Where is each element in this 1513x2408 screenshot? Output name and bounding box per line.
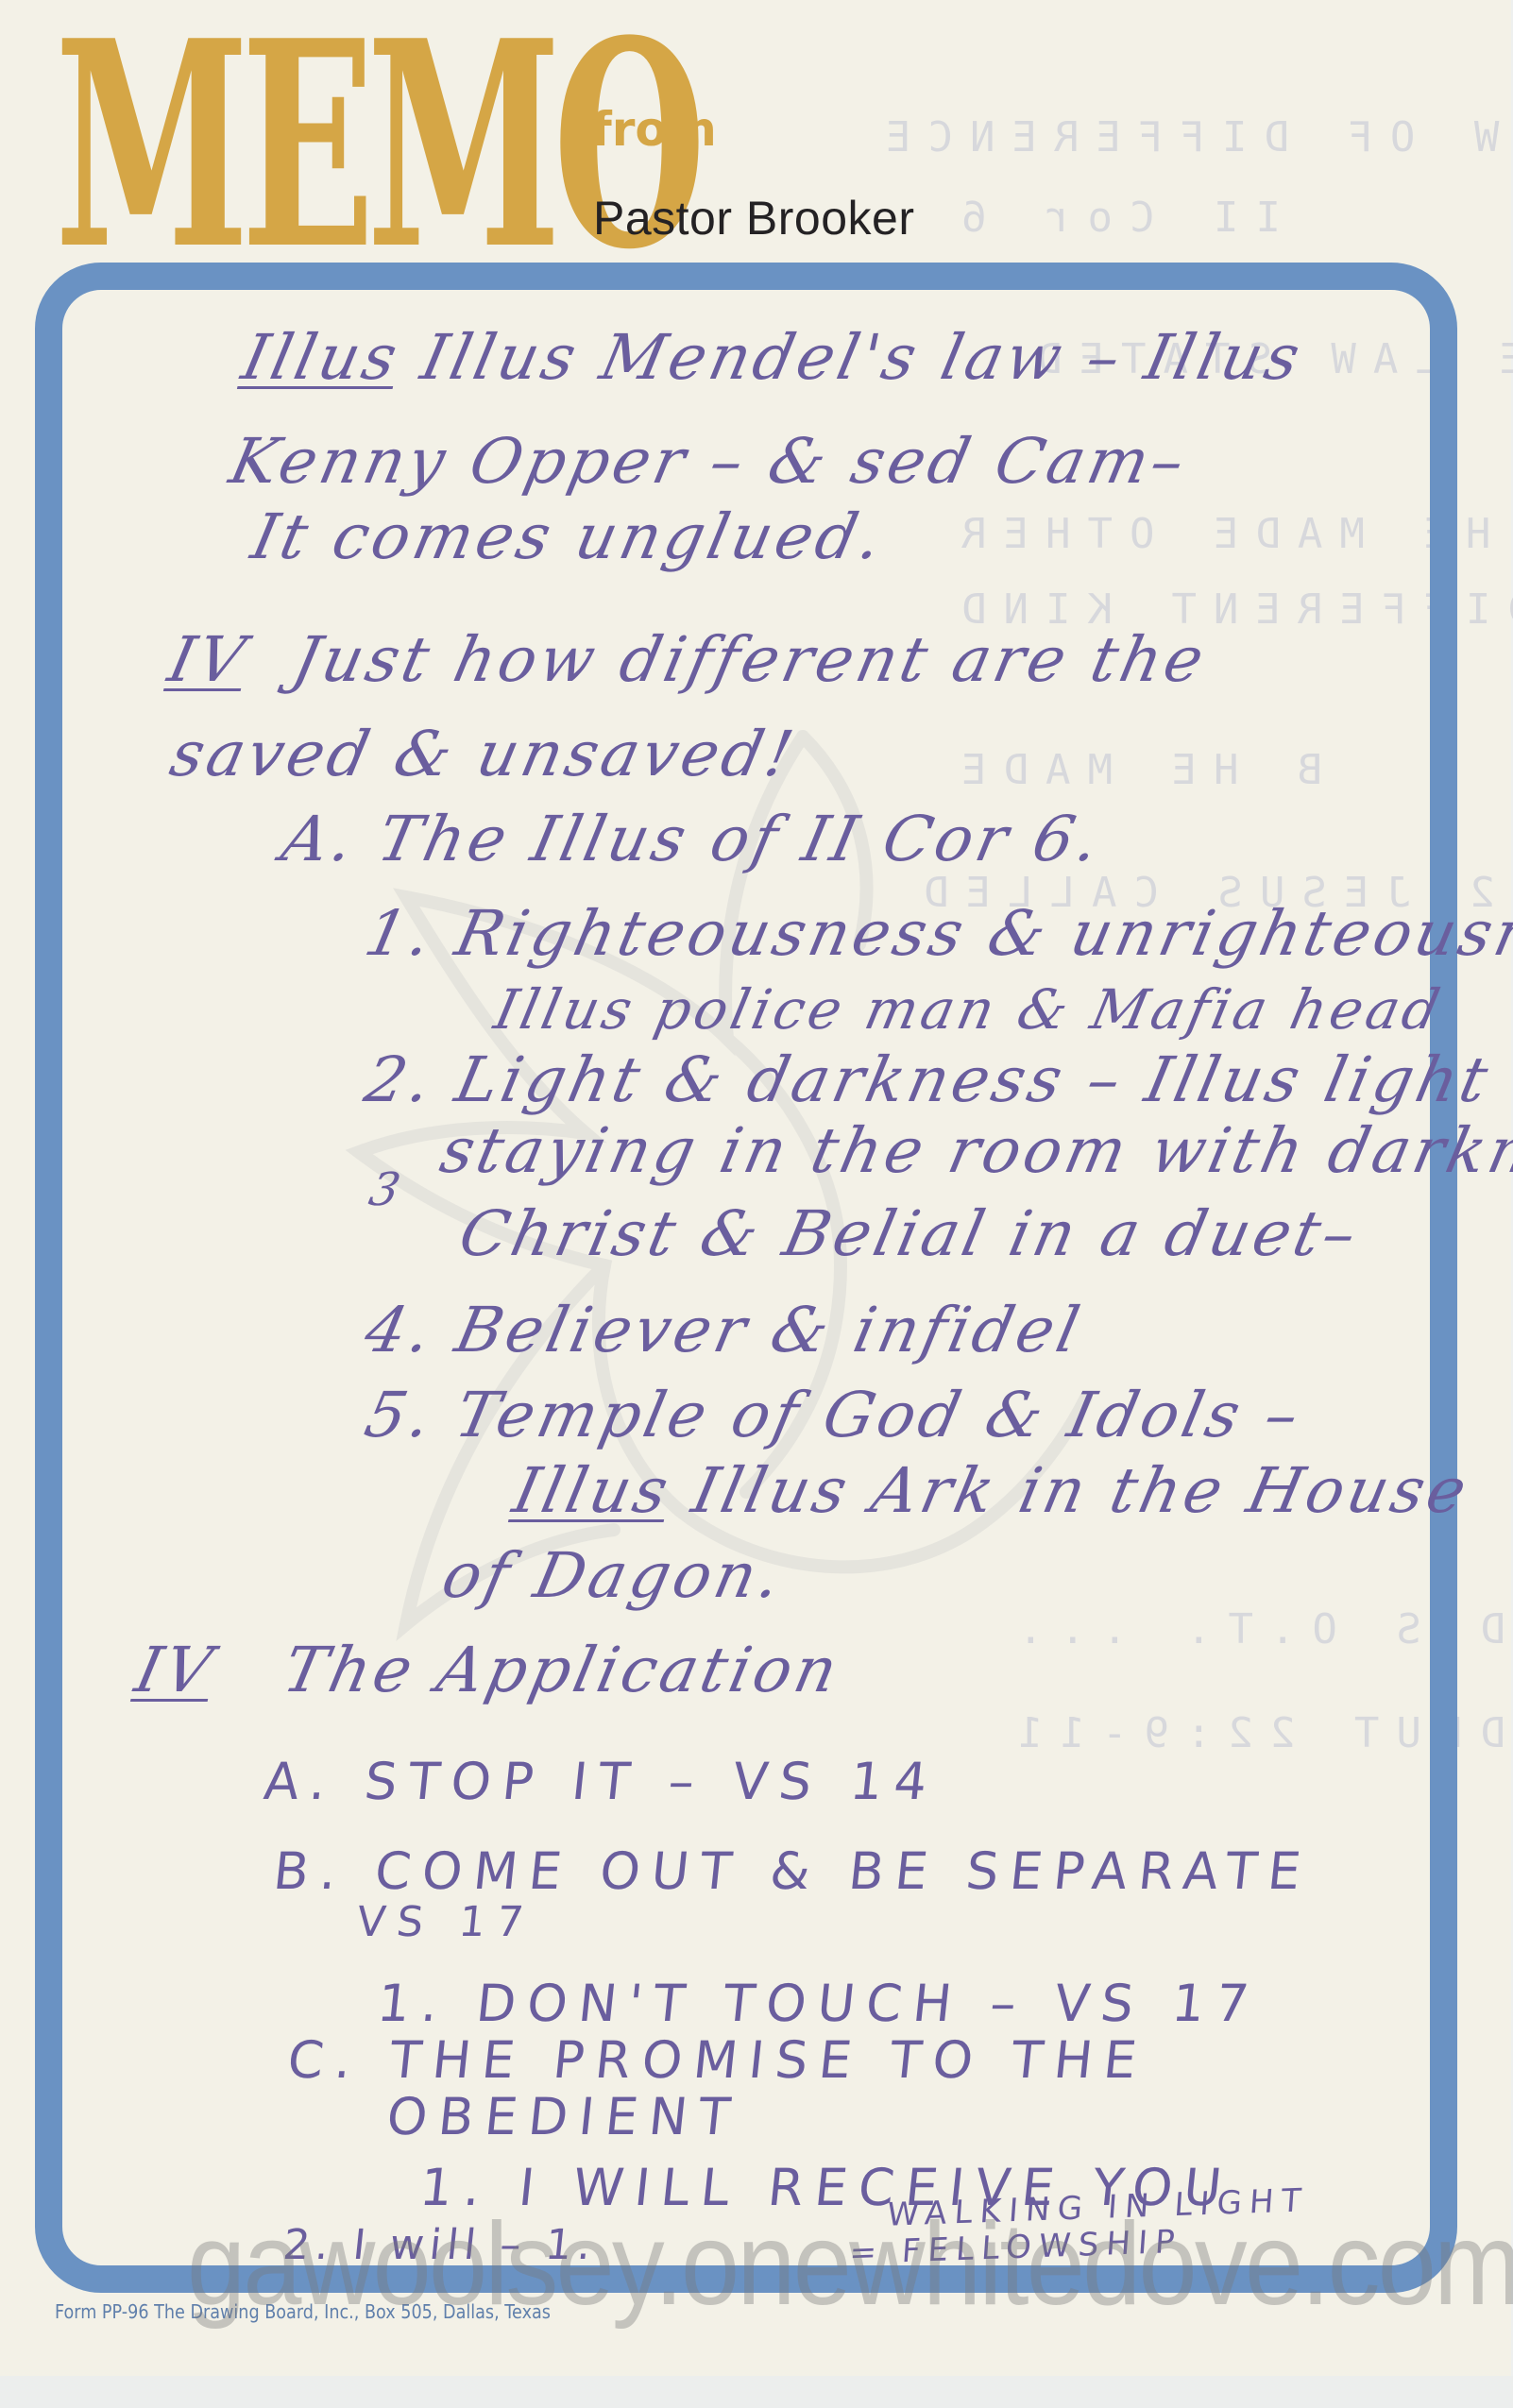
memo-sheet: GOD'S LAW OF DIFFERENCE II Cor 6 I THE L… [0, 0, 1511, 2376]
note-illus-label: Illus [507, 1454, 678, 1527]
note-line: saved & unsaved! [164, 718, 803, 790]
note-line: OBEDIENT [384, 2087, 744, 2146]
note-line: B. COME OUT & BE SEPARATE [271, 1841, 1315, 1901]
note-line: VS 17 [354, 1898, 536, 1946]
note-text: The Application [278, 1634, 848, 1706]
bleed-through-line: II Cor 6 [944, 194, 1281, 242]
note-section-heading: IV Just how different are the [162, 623, 1214, 696]
note-line: 5. Temple of God & Idols – [359, 1379, 1309, 1451]
note-line: 2. Light & darkness – Illus light [359, 1043, 1498, 1116]
note-text: Just how different are the [287, 623, 1214, 696]
section-marker: IV [162, 623, 255, 696]
sender-name: Pastor Brooker [593, 191, 914, 246]
note-line: Illus Illus Mendel's law – Illus [236, 321, 1310, 394]
note-line: A. STOP IT – VS 14 [262, 1752, 942, 1811]
note-section-heading: IV The Application [129, 1634, 847, 1706]
section-marker: IV [129, 1634, 222, 1706]
note-line: A. The Illus of II Cor 6. [276, 803, 1109, 875]
note-line: Christ & Belial in a duet– [453, 1197, 1367, 1270]
note-text: Illus Mendel's law – Illus [415, 321, 1309, 394]
note-line: It comes unglued. [246, 500, 892, 573]
note-line: 1. DON'T TOUCH – VS 17 [375, 1974, 1264, 2033]
note-line: C. THE PROMISE TO THE [285, 2030, 1151, 2090]
note-text: Illus Ark in the House [686, 1454, 1476, 1527]
note-line: 4. Believer & infidel [359, 1294, 1089, 1366]
site-watermark: gawoolsey.onewhitedove.com [187, 2206, 1513, 2323]
note-line: Illus Illus Ark in the House [507, 1454, 1476, 1527]
note-line: Kenny Opper – & sed Cam– [224, 425, 1195, 498]
note-line: of Dagon. [436, 1539, 790, 1612]
note-line: staying in the room with darkness [434, 1114, 1513, 1187]
note-illus-label: Illus [236, 321, 407, 394]
note-line: Illus police man & Mafia head [489, 977, 1449, 1042]
scan-margin [0, 2376, 1513, 2408]
from-label: from [591, 102, 717, 157]
note-line: 1. Righteousness & unrighteousness [359, 897, 1513, 970]
bleed-through-line: GOD'S LAW OF DIFFERENCE [869, 113, 1513, 161]
